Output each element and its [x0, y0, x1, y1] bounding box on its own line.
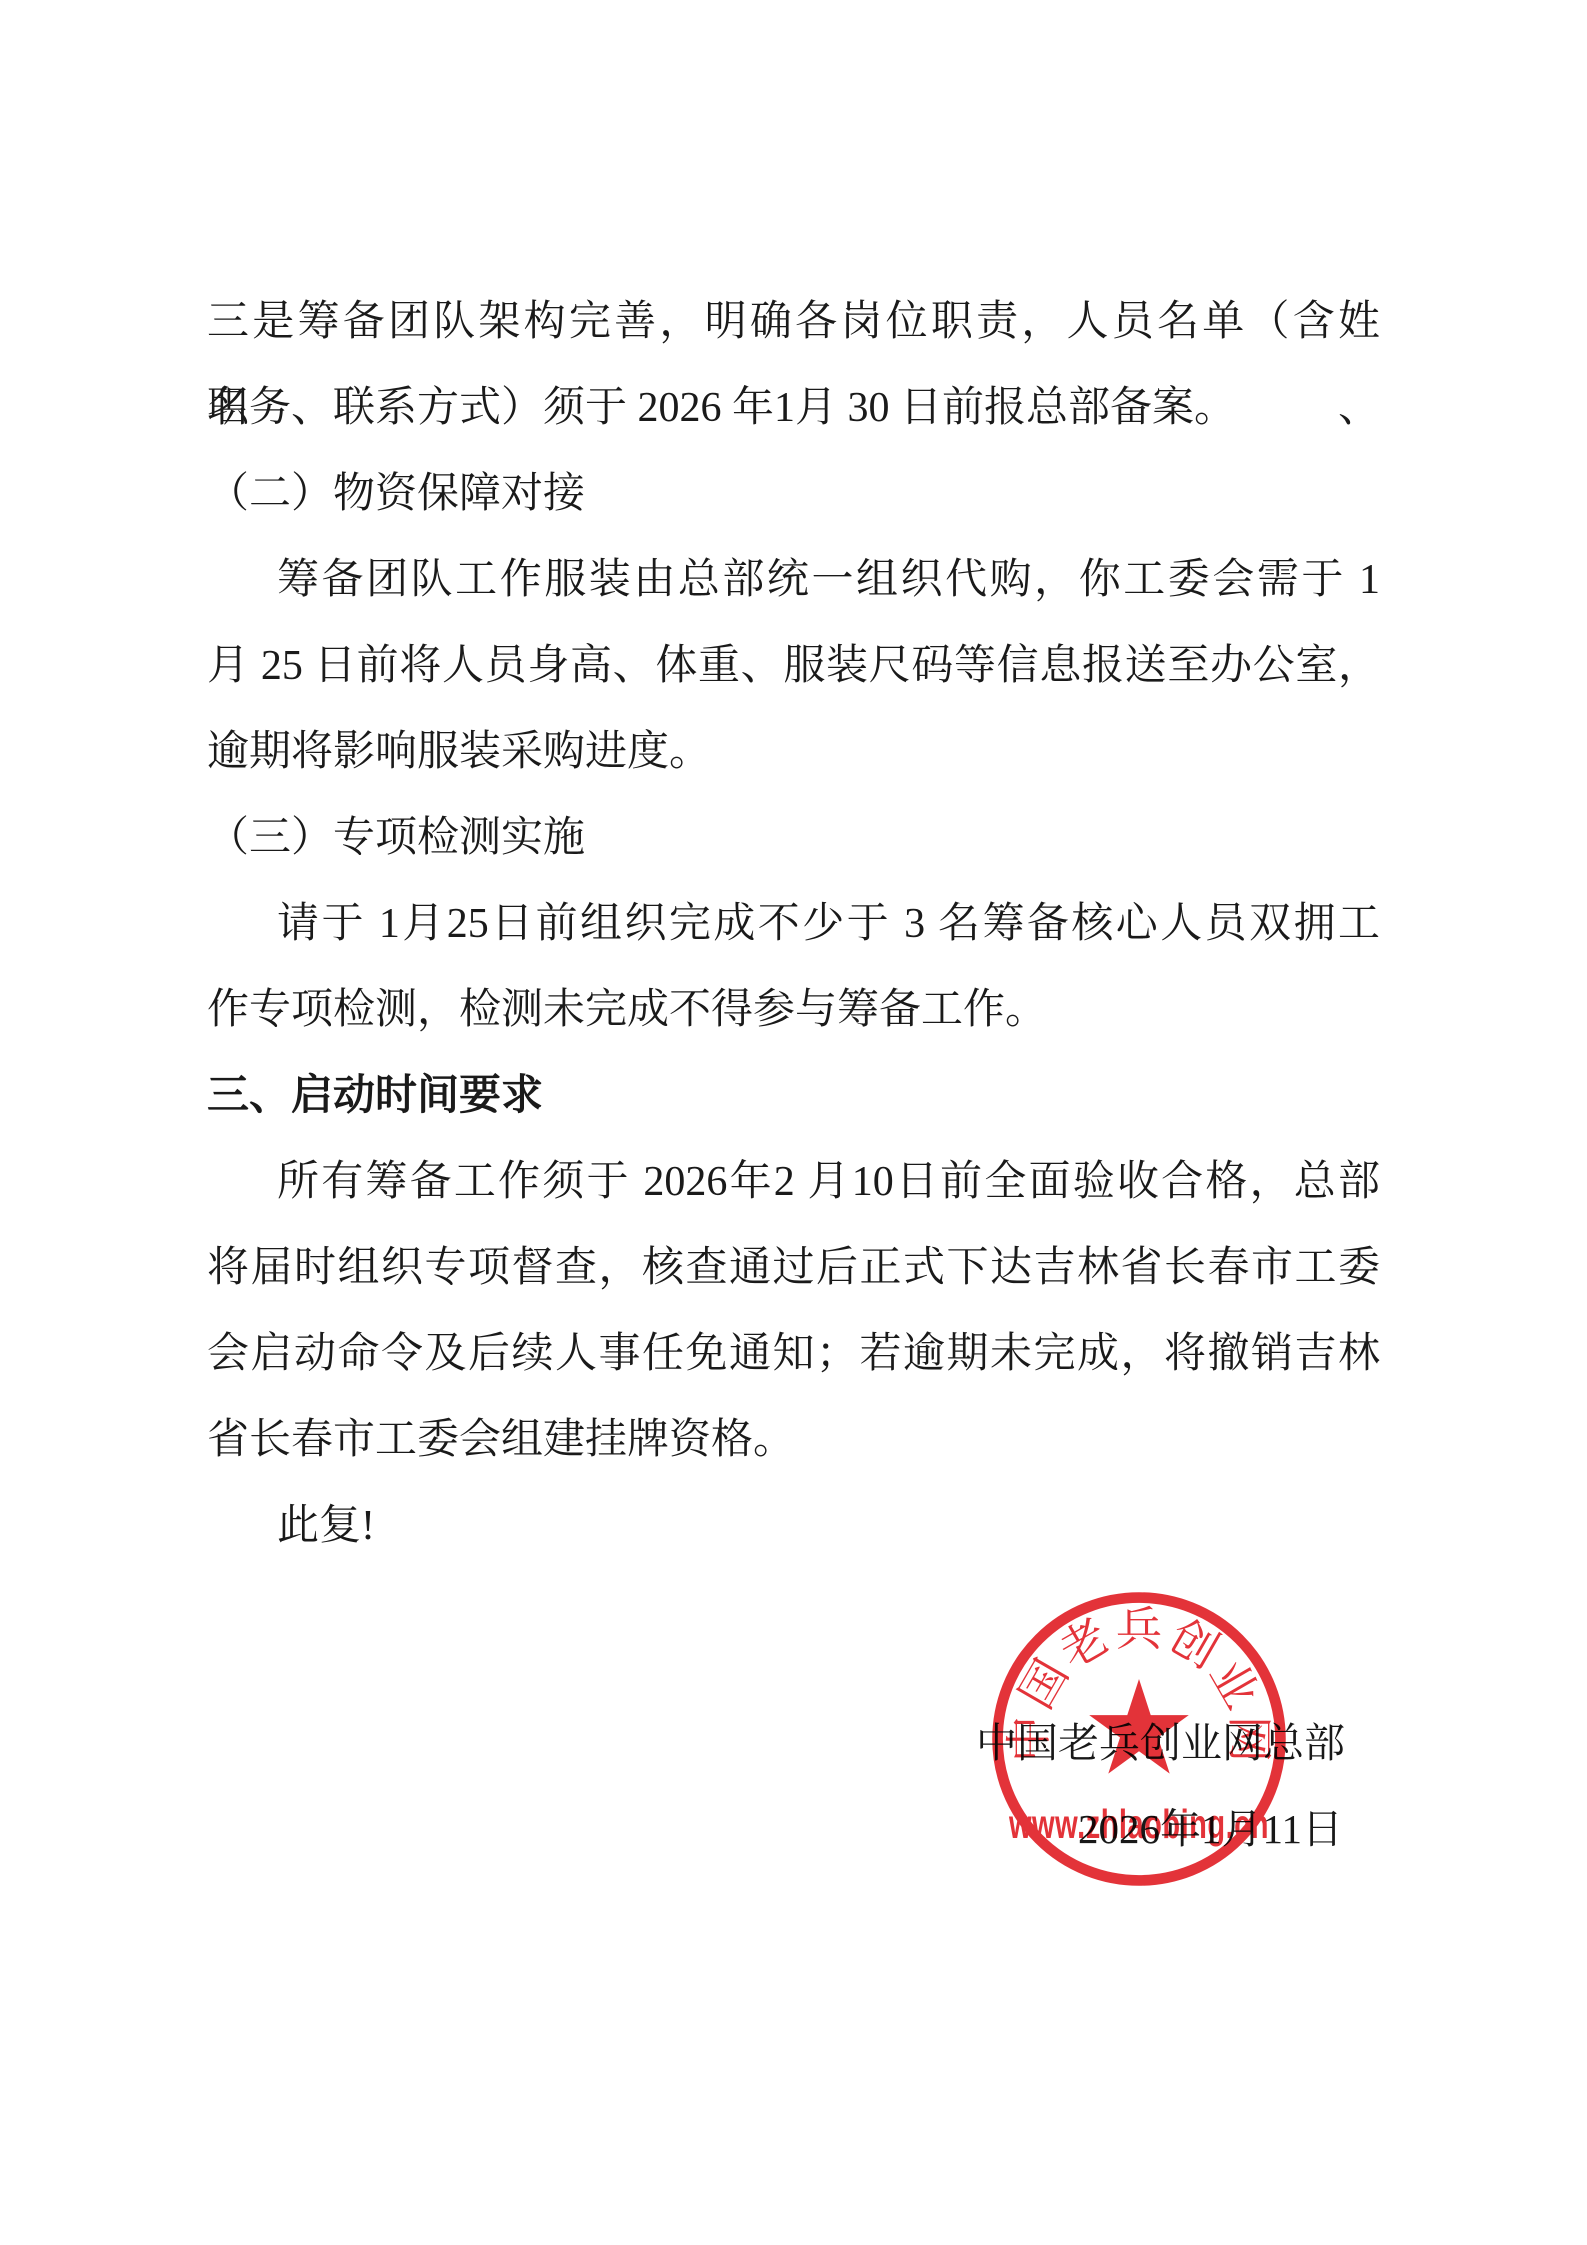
body-line: 职务、联系方式）须于 2026 年1月 30 日前报总部备案。: [207, 365, 1380, 451]
body-line: 将届时组织专项督查，核查通过后正式下达吉林省长春市工委: [207, 1225, 1380, 1311]
official-seal: 中 国 老 兵 创 业 网 www.zhlaobing.cn: [984, 1584, 1294, 1894]
section-heading-2: （二）物资保障对接: [207, 451, 1380, 537]
body-line: 逾期将影响服装采购进度。: [207, 709, 1380, 795]
seal-arc-char: 兵: [1116, 1605, 1163, 1656]
section-heading-main: 三、启动时间要求: [207, 1053, 1380, 1139]
section-heading-3: （三）专项检测实施: [207, 795, 1380, 881]
body-line: 省长春市工委会组建挂牌资格。: [207, 1397, 1380, 1483]
body-line: 会启动命令及后续人事任免通知；若逾期未完成，将撤销吉林: [207, 1311, 1380, 1397]
seal-arc-char: 中: [1005, 1716, 1056, 1763]
body-line: 请于 1月25日前组织完成不少于 3 名筹备核心人员双拥工: [207, 881, 1380, 967]
body-line: 月 25 日前将人员身高、体重、服装尺码等信息报送至办公室，: [207, 623, 1380, 709]
body-line: 所有筹备工作须于 2026年2 月10日前全面验收合格，总部: [207, 1139, 1380, 1225]
body-line: 三是筹备团队架构完善，明确各岗位职责，人员名单（含姓名、: [207, 279, 1380, 365]
letter-body: 三是筹备团队架构完善，明确各岗位职责，人员名单（含姓名、 职务、联系方式）须于 …: [207, 279, 1380, 1569]
body-line: 筹备团队工作服装由总部统一组织代购，你工委会需于 1: [207, 537, 1380, 623]
body-line: 作专项检测，检测未完成不得参与筹备工作。: [207, 967, 1380, 1053]
closing-phrase: 此复!: [207, 1483, 1380, 1569]
document-page: 三是筹备团队架构完善，明确各岗位职责，人员名单（含姓名、 职务、联系方式）须于 …: [0, 0, 1587, 2245]
seal-arc-char: 网: [1222, 1716, 1273, 1763]
star-icon: [1089, 1679, 1189, 1774]
seal-url-text: www.zhlaobing.cn: [1008, 1802, 1269, 1847]
